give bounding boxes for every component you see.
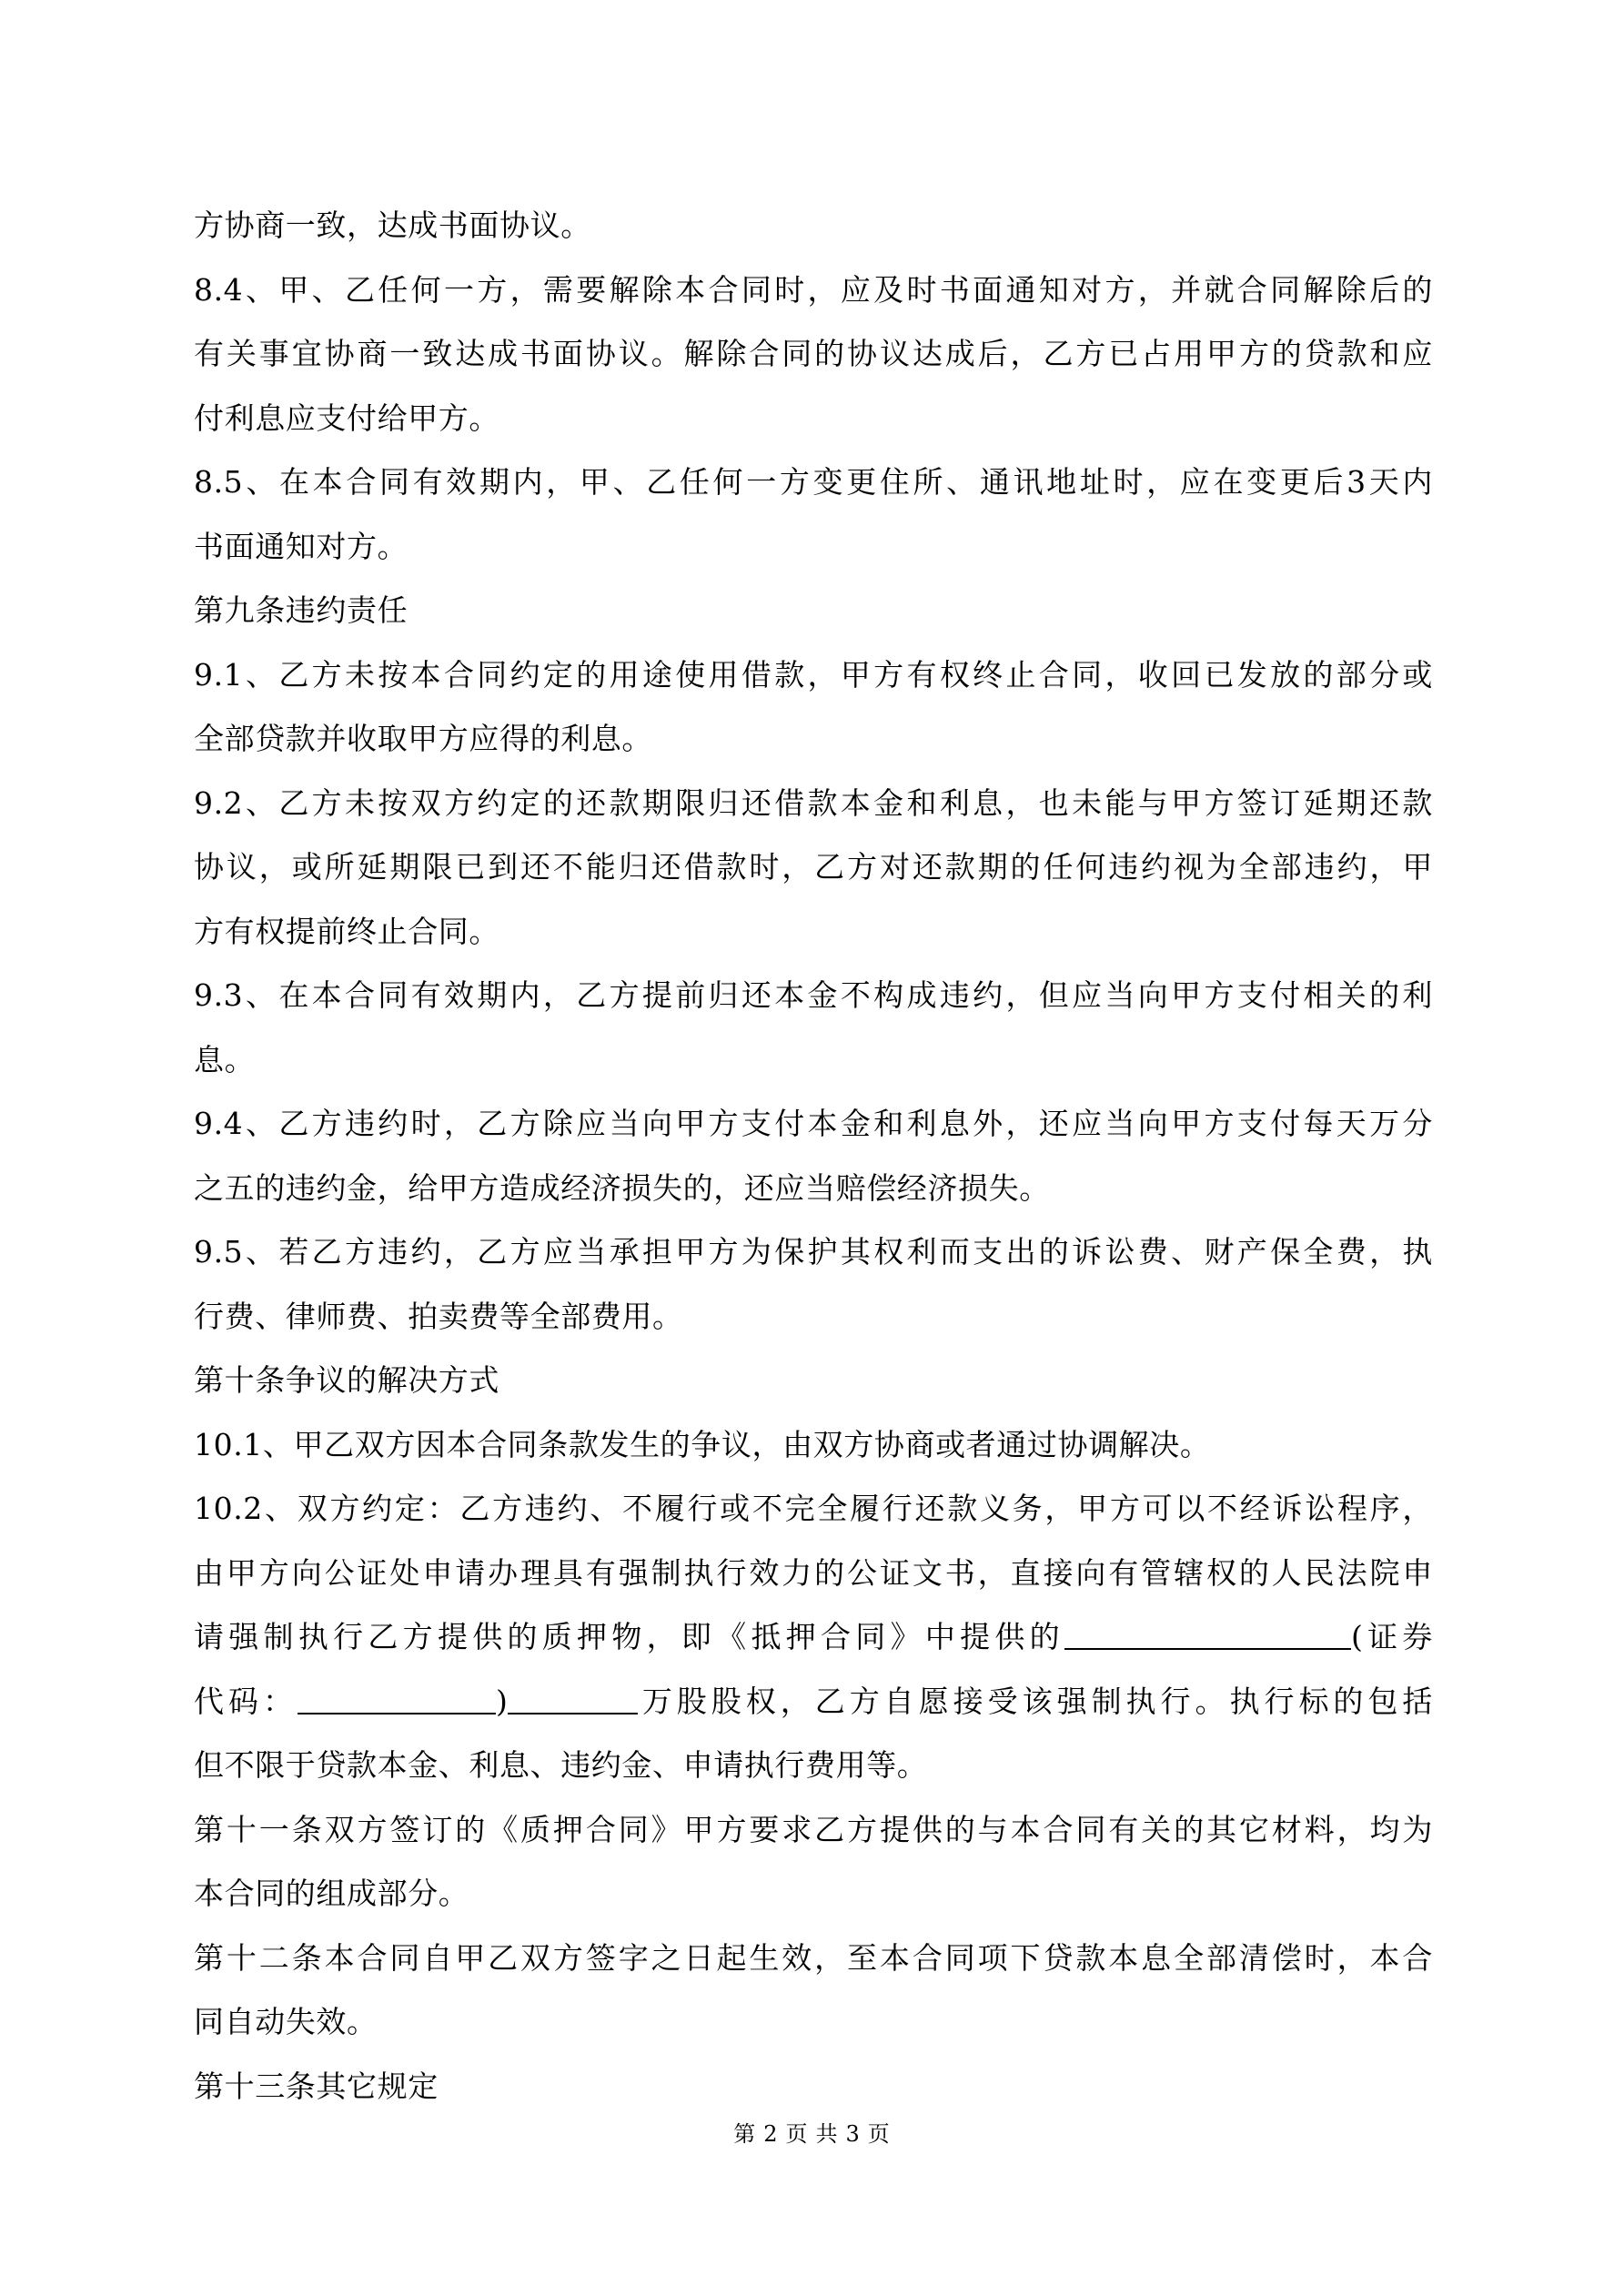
footer-current-page: 2 xyxy=(763,2121,778,2147)
share-count-blank xyxy=(508,1685,638,1714)
text-line: 9.5、若乙方违约，乙方应当承担甲方为保护其权利而支出的诉讼费、财产保全费，执 xyxy=(194,1220,1433,1285)
text-line: 9.2、乙方未按双方约定的还款期限归还借款本金和利息，也未能与甲方签订延期还款 xyxy=(194,772,1433,836)
text-line: 第十三条其它规定 xyxy=(194,2055,1433,2119)
pledge-line-suffix: (证券 xyxy=(1351,1619,1433,1654)
text-line: 9.3、在本合同有效期内，乙方提前归还本金不构成违约，但应当向甲方支付相关的利 xyxy=(194,964,1433,1028)
text-line: 书面通知对方。 xyxy=(194,515,1433,580)
pledge-line-text: 请强制执行乙方提供的质押物，即《抵押合同》中提供的 xyxy=(194,1619,1064,1654)
text-line: 10.2、双方约定：乙方违约、不履行或不完全履行还款义务，甲方可以不经诉讼程序， xyxy=(194,1477,1433,1542)
footer-page-unit: 页 xyxy=(786,2121,809,2147)
text-line: 10.1、甲乙双方因本合同条款发生的争议，由双方协商或者通过协调解决。 xyxy=(194,1413,1433,1478)
security-code-blank xyxy=(298,1685,496,1714)
lines-after-blanks: 但不限于贷款本金、利息、违约金、申请执行费用等。第十一条双方签订的《质押合同》甲… xyxy=(194,1734,1433,2119)
pledge-item-blank xyxy=(1064,1621,1351,1650)
text-line: 9.4、乙方违约时，乙方除应当向甲方支付本金和利息外，还应当向甲方支付每天万分 xyxy=(194,1092,1433,1157)
footer-total-label: 共 xyxy=(816,2121,839,2147)
text-line: 之五的违约金，给甲方造成经济损失的，还应当赔偿经济损失。 xyxy=(194,1157,1433,1221)
code-label: 代码： xyxy=(194,1684,298,1719)
text-line: 息。 xyxy=(194,1028,1433,1093)
text-line: 8.4、甲、乙任何一方，需要解除本合同时，应及时书面通知对方，并就合同解除后的 xyxy=(194,258,1433,323)
text-line: 全部贷款并收取甲方应得的利息。 xyxy=(194,707,1433,772)
text-line: 第十条争议的解决方式 xyxy=(194,1349,1433,1413)
text-line: 第十二条本合同自甲乙双方签字之日起生效，至本合同项下贷款本息全部清偿时，本合 xyxy=(194,1927,1433,1991)
text-line: 8.5、在本合同有效期内，甲、乙任何一方变更住所、通讯地址时，应在变更后3天内 xyxy=(194,450,1433,515)
page-footer: 第2页共3页 xyxy=(0,2119,1624,2149)
text-line: 方协商一致，达成书面协议。 xyxy=(194,194,1433,258)
text-line: 由甲方向公证处申请办理具有强制执行效力的公证文书，直接向有管辖权的人民法院申 xyxy=(194,1542,1433,1606)
footer-total-unit: 页 xyxy=(868,2121,891,2147)
text-line: 9.1、乙方未按本合同约定的用途使用借款，甲方有权终止合同，收回已发放的部分或 xyxy=(194,643,1433,708)
footer-prefix: 第 xyxy=(733,2121,756,2147)
document-page: 方协商一致，达成书面协议。8.4、甲、乙任何一方，需要解除本合同时，应及时书面通… xyxy=(0,0,1624,2296)
document-body: 方协商一致，达成书面协议。8.4、甲、乙任何一方，需要解除本合同时，应及时书面通… xyxy=(194,194,1433,2119)
code-line-suffix: 万股股权，乙方自愿接受该强制执行。执行标的包括 xyxy=(638,1684,1433,1719)
text-line: 有关事宜协商一致达成书面协议。解除合同的协议达成后，乙方已占用甲方的贷款和应 xyxy=(194,322,1433,387)
text-line: 第九条违约责任 xyxy=(194,579,1433,643)
text-line: 协议，或所延期限已到还不能归还借款时，乙方对还款期的任何违约视为全部违约，甲 xyxy=(194,835,1433,900)
code-line: 代码：)万股股权，乙方自愿接受该强制执行。执行标的包括 xyxy=(194,1670,1433,1735)
text-line: 同自动失效。 xyxy=(194,1990,1433,2055)
footer-total-pages: 3 xyxy=(846,2121,861,2147)
text-line: 付利息应支付给甲方。 xyxy=(194,387,1433,451)
text-line: 但不限于贷款本金、利息、违约金、申请执行费用等。 xyxy=(194,1734,1433,1798)
lines-before-blanks: 方协商一致，达成书面协议。8.4、甲、乙任何一方，需要解除本合同时，应及时书面通… xyxy=(194,194,1433,1605)
text-line: 行费、律师费、拍卖费等全部费用。 xyxy=(194,1285,1433,1350)
code-close-paren: ) xyxy=(496,1684,508,1719)
pledge-line: 请强制执行乙方提供的质押物，即《抵押合同》中提供的(证券 xyxy=(194,1605,1433,1670)
text-line: 方有权提前终止合同。 xyxy=(194,900,1433,965)
text-line: 第十一条双方签订的《质押合同》甲方要求乙方提供的与本合同有关的其它材料，均为 xyxy=(194,1798,1433,1863)
text-line: 本合同的组成部分。 xyxy=(194,1862,1433,1927)
